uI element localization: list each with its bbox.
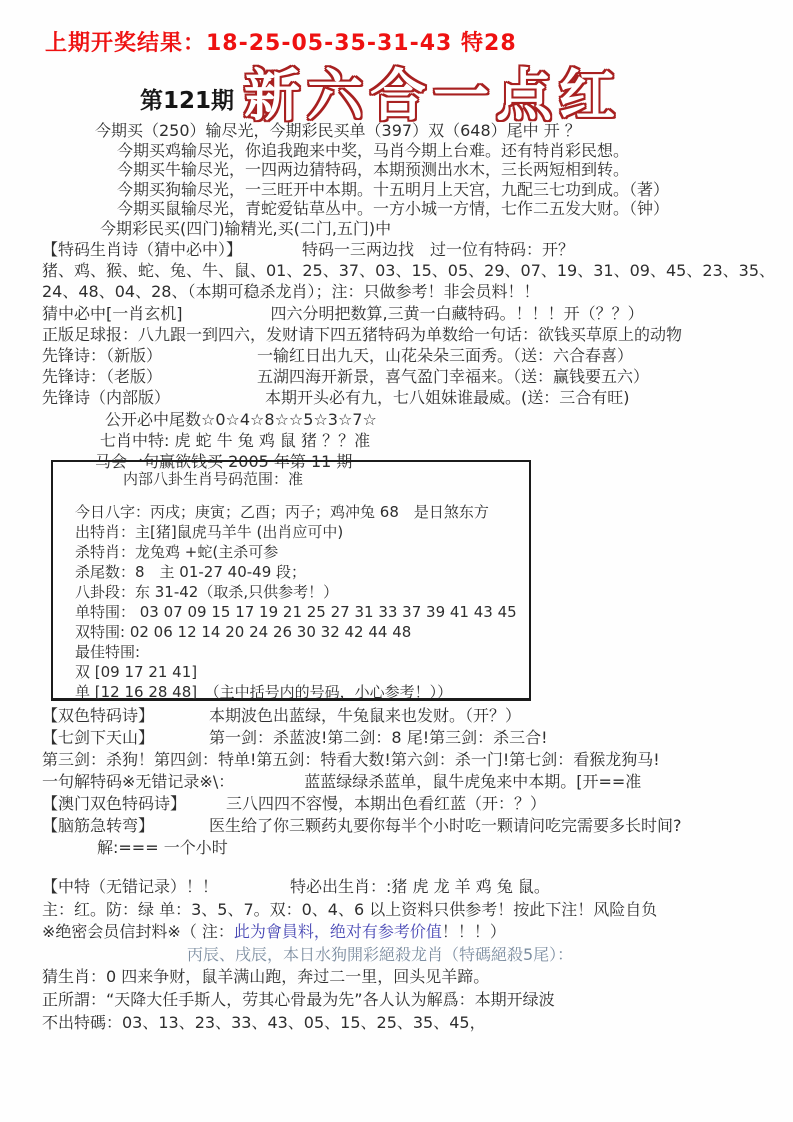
one-zodiac-mystery: 猜中必中[一肖玄机]四六分明把数算,三黄一白藏特码。！！！开（？？） [42, 303, 775, 324]
bagua-line: 出特肖：主[猪]鼠虎马羊牛 (出肖应可中) [75, 522, 529, 542]
secret-member-line: ※绝密会员信封料※（ 注：此为會員料，绝对有参考价值！！！） [42, 921, 657, 944]
tail-numbers-line: 公开必中尾数☆0☆4☆8☆☆5☆3☆7☆ [42, 409, 775, 430]
poem-line: 今期买鼠输尽光，青蛇爱钻草丛中。一方小城一方情，七作二五发大财。（钟） [0, 199, 669, 219]
zodiac-poem-heading: 【特码生肖诗（猜中必中）】特码一三两边找 过一位有特码：开？ [42, 239, 775, 260]
bagua-line: 杀尾数：8 主 01-27 40-49 段； [75, 562, 529, 582]
issue-number: 第121期 [140, 82, 234, 115]
football-paper-line: 正版足球报：八九跟一到四六，发财请下四五猪特码为单数给一句话：欲钱买草原上的动物 [42, 324, 775, 345]
proverb-line: 正所謂：“天降大任手斯人，劳其心骨最为先”各人认为解爲：本期开绿波 [42, 989, 657, 1012]
seven-zodiac-line: 七肖中特: 虎 蛇 牛 兔 鸡 鼠 猪 ？？准 [42, 430, 775, 451]
seven-swords-line2: 第三剑：杀狗！第四剑：特单!第五剑：特看大数!第六剑：杀一门!第七剑：看猴龙狗马… [42, 749, 682, 771]
bagua-line: 杀特肖：龙兔鸡 +蛇(主杀可参 [75, 542, 529, 562]
guess-zodiac-line: 猜生肖：0 四来争财，鼠羊满山跑，奔过二一里，回头见羊蹄。 [42, 966, 657, 989]
zodiac-number-list: 24、48、04、28、（本期可稳杀龙肖）；注：只做参考！非会员料！！ [42, 281, 775, 302]
bagua-line: 双特围: 02 06 12 14 20 24 26 30 32 42 44 48 [75, 622, 529, 642]
zhongte-line: 【中特（无错记录）！！特必出生肖：:猪 虎 龙 羊 鸡 兔 鼠。 [42, 876, 657, 899]
brain-teaser-answer: 解:=== 一个小时 [42, 837, 682, 859]
pioneer-poem-internal: 先锋诗（内部版）本期开头必有九，七八姐妹谁最威。(送：三合有旺) [42, 387, 775, 408]
two-color-poem: 【双色特码诗】本期波色出蓝绿，牛兔鼠来也发财。（开？） [42, 705, 682, 727]
zodiac-number-list: 猪、鸡、猴、蛇、兔、牛、鼠、01、25、37、03、15、05、29、07、19… [42, 260, 775, 281]
bagua-line: 今日八字：丙戌；庚寅；乙酉；丙子；鸡冲兔 68 是日煞东方 [75, 502, 529, 522]
excluded-numbers-line: 不出特碼：03、13、23、33、43、05、15、25、35、45， [42, 1012, 657, 1035]
lottery-tip-sheet: 上期开奖结果：18-25-05-35-31-43 特28 第121期 新六合一点… [0, 0, 793, 1122]
middle-section: 【双色特码诗】本期波色出蓝绿，牛兔鼠来也发财。（开？） 【七剑下天山】第一剑：杀… [42, 705, 682, 859]
bagua-box-title: 内部八卦生肖号码范围：准 [75, 469, 529, 489]
bingchen-line: 丙辰、戌辰，本日水狗開彩絕殺龙肖（特碼絕殺5尾）： [42, 944, 657, 967]
macau-two-color-poem: 【澳门双色特码诗】三八四四不容慢，本期出色看红蓝（开：？） [42, 793, 682, 815]
main-defense-line: 主：红。防：绿 单：3、5、7。双：0、4、6 以上资料只供参考！按此下注！风险… [42, 899, 657, 922]
bagua-line: 最佳特围: [75, 642, 529, 662]
special-code-解-line: 一句解特码※无错记录※\：蓝蓝绿绿杀蓝单，鼠牛虎兔来中本期。[开==准 [42, 771, 682, 793]
bottom-section: 【中特（无错记录）！！特必出生肖：:猪 虎 龙 羊 鸡 兔 鼠。 主：红。防：绿… [42, 876, 657, 1034]
poem-line: 今期买狗输尽光，一三旺开中本期。十五明月上天宫，九配三七功到成。（著） [0, 180, 669, 200]
poem-line: 今期买牛输尽光，一四两边猜特码，本期预测出水木，三长两短相到转。 [0, 160, 669, 180]
bagua-zodiac-box: 内部八卦生肖号码范围：准 今日八字：丙戌；庚寅；乙酉；丙子；鸡冲兔 68 是日煞… [51, 460, 531, 701]
pioneer-poem-new: 先锋诗：（新版）一输红日出九天，山花朵朵三面秀。（送：六合春喜） [42, 345, 775, 366]
seven-swords-line1: 【七剑下天山】第一剑：杀蓝波!第二剑：8 尾!第三剑：杀三合! [42, 727, 682, 749]
bagua-line: 单特围： 03 07 09 15 17 19 21 25 27 31 33 37… [75, 602, 529, 622]
poem-line: 今期买（250）输尽光，今期彩民买单（397）双（648）尾中 开 ？ [0, 121, 669, 141]
opening-poem: 今期买（250）输尽光，今期彩民买单（397）双（648）尾中 开 ？ 今期买鸡… [0, 121, 669, 238]
brain-teaser: 【脑筋急转弯】医生给了你三颗药丸要你每半个小时吃一颗请问吃完需要多长时间? [42, 815, 682, 837]
poem-line: 今期彩民买(四门)输精光,买(二门,五门)中 [0, 219, 669, 239]
bagua-line: 单 [12 16 28 48] （主中括号内的号码，小心参考！）） [75, 682, 529, 702]
pioneer-poem-old: 先锋诗：（老版）五湖四海开新景，喜气盈门幸福来。（送：赢钱要五六） [42, 366, 775, 387]
page-title: 新六合一点红 [244, 52, 622, 132]
poem-line: 今期买鸡输尽光，你追我跑来中奖，马肖今期上台难。还有特肖彩民想。 [0, 141, 669, 161]
bagua-line: 八卦段：东 31-42（取杀,只供参考！） [75, 582, 529, 602]
tips-section: 【特码生肖诗（猜中必中）】特码一三两边找 过一位有特码：开？ 猪、鸡、猴、蛇、兔… [42, 239, 775, 472]
bagua-line: 双 [09 17 21 41] [75, 662, 529, 682]
